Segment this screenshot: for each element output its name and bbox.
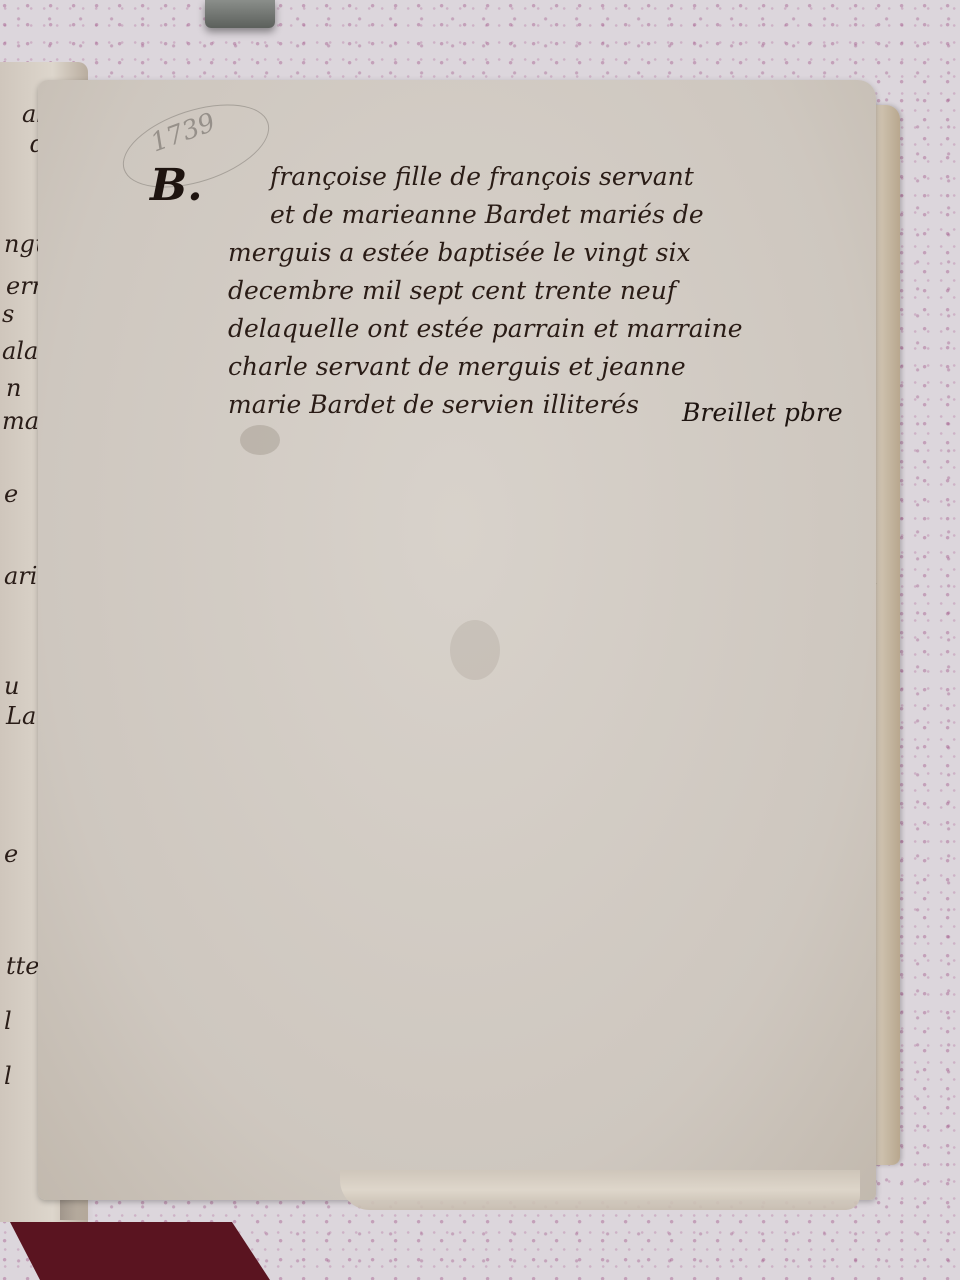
left-fragment: n [6,374,21,402]
left-fragment: s [2,300,14,328]
left-fragment: u [4,672,19,700]
entry-line: et de marieanne Bardet mariés de [228,196,868,234]
entry-line: françoise fille de françois servant [228,158,868,196]
left-fragment: e [4,480,18,508]
margin-mark: B. [150,160,203,211]
entry-line: delaquelle ont estée parrain et marraine [228,310,868,348]
left-fragment: La [6,702,36,730]
page-bottom-layers [340,1170,860,1210]
stain [240,425,280,455]
entry-line: decembre mil sept cent trente neuf [228,272,868,310]
left-fragment: tte [6,952,40,980]
baptism-entry: françoise fille de françois servant et d… [228,158,868,424]
left-fragment: l [4,1062,12,1090]
red-cloth [0,1222,270,1280]
left-fragment: e [4,840,18,868]
left-fragment: l [4,1007,12,1035]
entry-line: merguis a estée baptisée le vingt six [228,234,868,272]
metal-weight [205,0,275,28]
stain [450,620,500,680]
entry-line: charle servant de merguis et jeanne [228,348,868,386]
priest-signature: Breillet pbre [682,398,843,427]
